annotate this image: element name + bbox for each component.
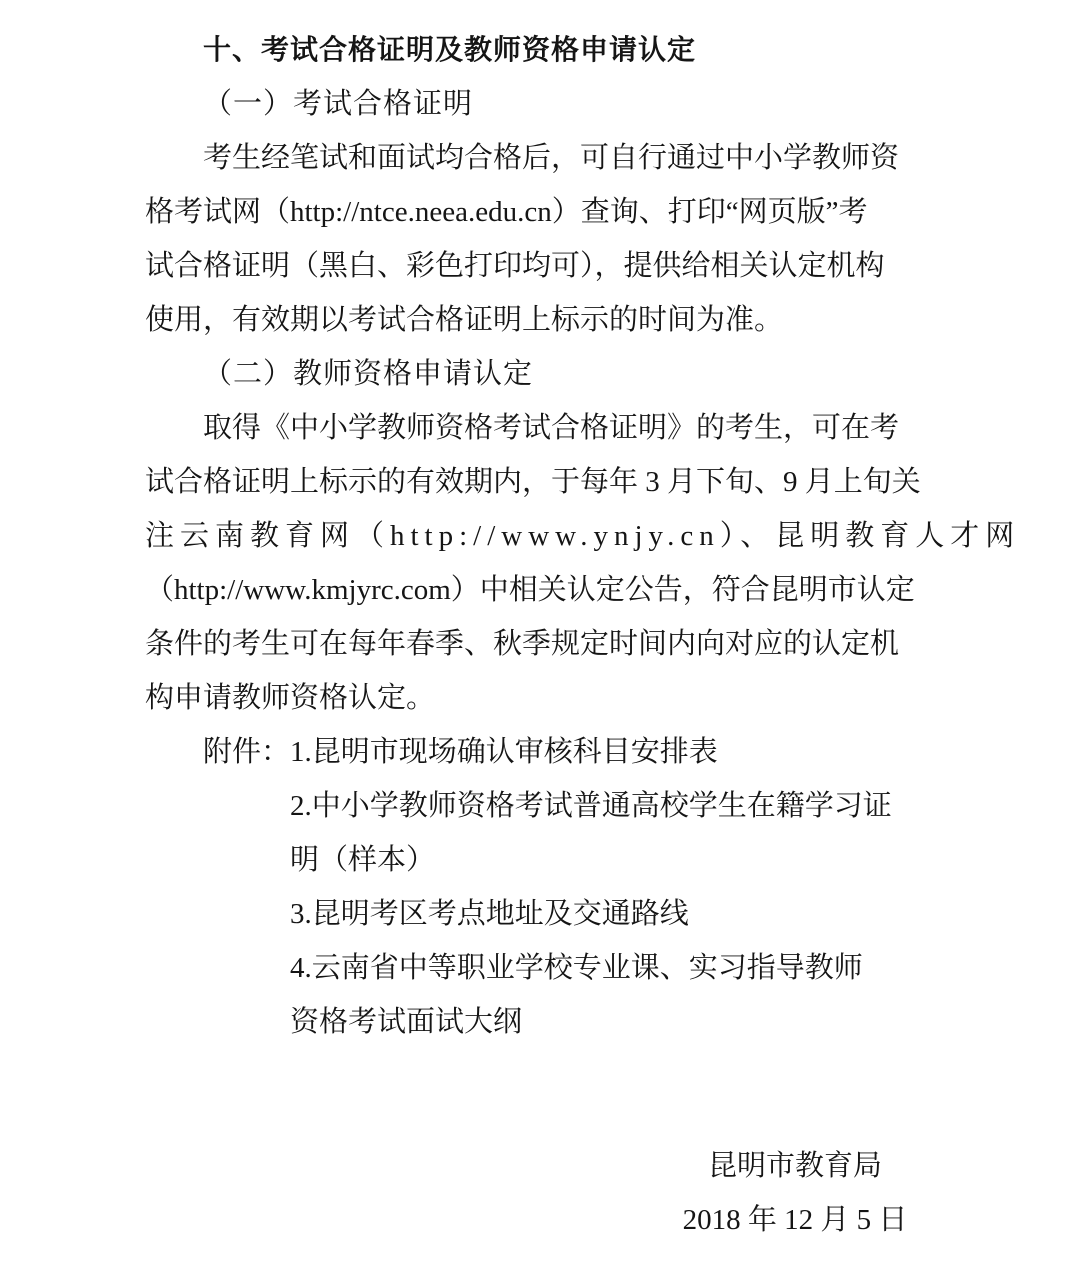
- section-2-paragraph-line: （http://www.kmjyrc.com）中相关认定公告，符合昆明市认定: [145, 563, 925, 617]
- document-title: 十、考试合格证明及教师资格申请认定: [145, 23, 925, 77]
- section-2-paragraph-line: 试合格证明上标示的有效期内，于每年 3 月下旬、9 月上旬关: [145, 455, 925, 509]
- signature-issuer: 昆明市教育局: [665, 1139, 925, 1193]
- section-2-paragraph-line: 取得《中小学教师资格考试合格证明》的考生，可在考: [145, 401, 925, 455]
- section-1-paragraph-line: 试合格证明（黑白、彩色打印均可），提供给相关认定机构: [145, 239, 925, 293]
- document-page: 十、考试合格证明及教师资格申请认定 （一）考试合格证明 考生经笔试和面试均合格后…: [0, 0, 1079, 1261]
- document-content: 十、考试合格证明及教师资格申请认定 （一）考试合格证明 考生经笔试和面试均合格后…: [0, 0, 1079, 1247]
- section-1-paragraph-line: 使用，有效期以考试合格证明上标示的时间为准。: [145, 293, 925, 347]
- attachments-label: 附件：: [203, 736, 290, 768]
- section-2-paragraph-line: 注云南教育网（http://www.ynjy.cn）、昆明教育人才网: [145, 509, 925, 563]
- attachment-item-2-continuation: 明（样本）: [145, 833, 925, 887]
- section-1-heading: （一）考试合格证明: [145, 77, 925, 131]
- attachment-item-3: 3.昆明考区考点地址及交通路线: [145, 887, 925, 941]
- section-2-paragraph-line: 条件的考生可在每年春季、秋季规定时间内向对应的认定机: [145, 617, 925, 671]
- section-2-heading: （二）教师资格申请认定: [145, 347, 925, 401]
- signature-block: 昆明市教育局 2018 年 12 月 5 日: [665, 1139, 925, 1247]
- attachment-item-4: 4.云南省中等职业学校专业课、实习指导教师: [145, 941, 925, 995]
- attachment-item-4-continuation: 资格考试面试大纲: [145, 995, 925, 1049]
- attachment-item-2: 2.中小学教师资格考试普通高校学生在籍学习证: [145, 779, 925, 833]
- attachments-row: 附件：1.昆明市现场确认审核科目安排表: [145, 725, 925, 779]
- signature-date: 2018 年 12 月 5 日: [665, 1193, 925, 1247]
- section-1-paragraph-line: 格考试网（http://ntce.neea.edu.cn）查询、打印“网页版”考: [145, 185, 925, 239]
- section-2-paragraph-line: 构申请教师资格认定。: [145, 671, 925, 725]
- attachment-item-1: 1.昆明市现场确认审核科目安排表: [290, 736, 718, 768]
- section-1-paragraph-line: 考生经笔试和面试均合格后，可自行通过中小学教师资: [145, 131, 925, 185]
